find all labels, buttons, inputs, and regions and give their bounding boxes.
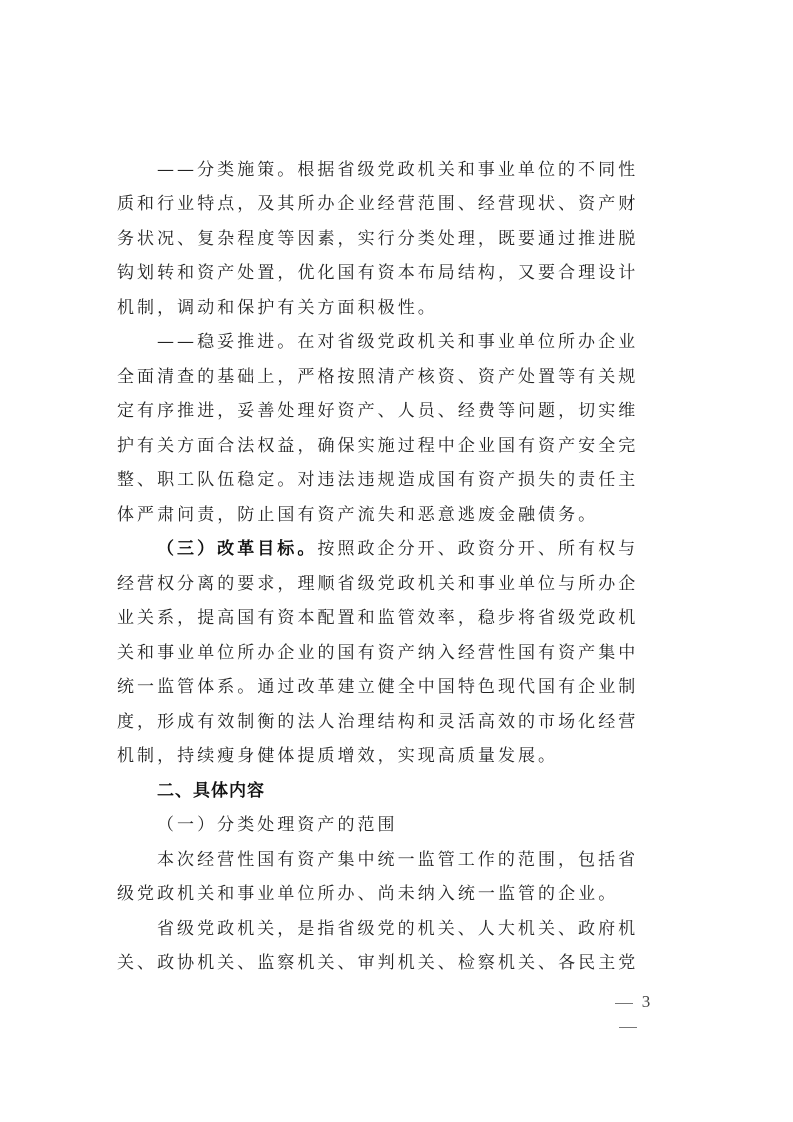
- page-number-value: 3: [642, 992, 651, 1011]
- paragraph-line: （三）改革目标。按照政企分开、政资分开、所有权与: [117, 534, 679, 564]
- document-page: ——分类施策。根据省级党政机关和事业单位的不同性 质和行业特点，及其所办企业经营…: [0, 0, 793, 1122]
- reform-goal-label: （三）改革目标。: [157, 539, 317, 559]
- paragraph-line: 统一监管体系。通过改革建立健全中国特色现代国有企业制: [117, 672, 679, 702]
- subsection-heading: （一）分类处理资产的范围: [117, 810, 679, 840]
- page-number-dash-right: [619, 1027, 637, 1028]
- paragraph-line: 机制，持续瘦身健体提质增效，实现高质量发展。: [117, 741, 679, 771]
- paragraph-line: 质和行业特点，及其所办企业经营范围、经营现状、资产财: [117, 189, 679, 219]
- paragraph-line: 关和事业单位所办企业的国有资产纳入经营性国有资产集中: [117, 638, 679, 668]
- paragraph-line: ——分类施策。根据省级党政机关和事业单位的不同性: [117, 155, 679, 185]
- paragraph-line: 业关系，提高国有资本配置和监管效率，稳步将省级党政机: [117, 603, 679, 633]
- paragraph-line: 体严肃问责，防止国有资产流失和恶意逃废金融债务。: [117, 500, 679, 530]
- page-number: 3: [588, 990, 668, 1014]
- paragraph-line: 定有序推进，妥善处理好资产、人员、经费等问题，切实维: [117, 396, 679, 426]
- paragraph-line: 经营权分离的要求，理顺省级党政机关和事业单位与所办企: [117, 569, 679, 599]
- paragraph-line: 全面清查的基础上，严格按照清产核资、资产处置等有关规: [117, 362, 679, 392]
- paragraph-line: 省级党政机关，是指省级党的机关、人大机关、政府机: [117, 914, 679, 944]
- paragraph-line: 钩划转和资产处置，优化国有资本布局结构，又要合理设计: [117, 258, 679, 288]
- paragraph-line: 务状况、复杂程度等因素，实行分类处理，既要通过推进脱: [117, 224, 679, 254]
- paragraph-line: 护有关方面合法权益，确保实施过程中企业国有资产安全完: [117, 431, 679, 461]
- paragraph-line: 关、政协机关、监察机关、审判机关、检察机关、各民主党: [117, 948, 679, 978]
- reform-goal-text: 按照政企分开、政资分开、所有权与: [317, 539, 638, 559]
- paragraph-line: 度，形成有效制衡的法人治理结构和灵活高效的市场化经营: [117, 707, 679, 737]
- page-number-dash-left: [615, 1003, 633, 1004]
- paragraph-line: 整、职工队伍稳定。对违法违规造成国有资产损失的责任主: [117, 465, 679, 495]
- paragraph-line: ——稳妥推进。在对省级党政机关和事业单位所办企业: [117, 327, 679, 357]
- paragraph-line: 级党政机关和事业单位所办、尚未纳入统一监管的企业。: [117, 879, 679, 909]
- section-heading: 二、具体内容: [117, 776, 679, 806]
- paragraph-line: 本次经营性国有资产集中统一监管工作的范围，包括省: [117, 845, 679, 875]
- paragraph-line: 机制，调动和保护有关方面积极性。: [117, 293, 679, 323]
